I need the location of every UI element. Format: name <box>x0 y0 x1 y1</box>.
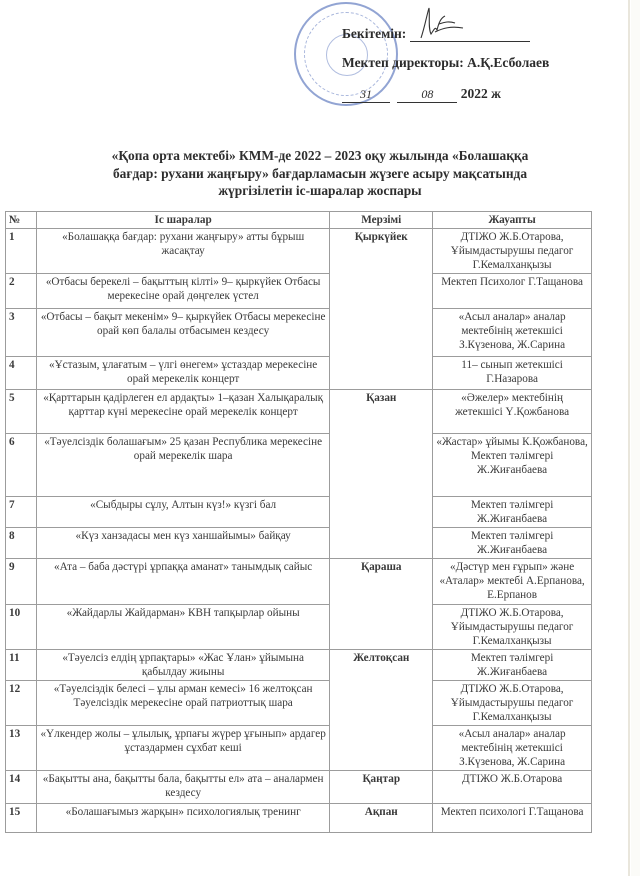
row-number: 6 <box>6 434 37 497</box>
row-activity: «Қарттарын қадірлеген ел ардақты» 1–қаза… <box>36 390 329 434</box>
row-responsible: «Әжелер» мектебінің жетекшісі Ү.Қожбанов… <box>433 390 592 434</box>
row-responsible: ДТІЖО Ж.Б.Отарова, Ұйымдастырушы педагог… <box>433 681 592 726</box>
row-responsible: 11– сынып жетекшісі Г.Назарова <box>433 357 592 390</box>
director-line: Мектеп директоры: А.Қ.Есболаев <box>342 55 549 71</box>
table-row: 13 «Үлкендер жолы – ұлылық, ұрпағы жүрер… <box>6 726 592 771</box>
table-row: 2 «Отбасы берекелі – бақыттың кілті» 9– … <box>6 274 592 309</box>
row-responsible: ДТІЖО Ж.Б.Отарова <box>433 771 592 804</box>
title-line-1: «Қопа орта мектебі» КММ-де 2022 – 2023 о… <box>70 147 570 165</box>
row-number: 12 <box>6 681 37 726</box>
row-activity: «Үлкендер жолы – ұлылық, ұрпағы жүрер ұғ… <box>36 726 329 771</box>
row-number: 4 <box>6 357 37 390</box>
row-number: 3 <box>6 309 37 357</box>
row-activity: «Бақытты ана, бақытты бала, бақытты ел» … <box>36 771 329 804</box>
signature-line <box>410 27 530 42</box>
table-row: 15 «Болашағымыз жарқын» психологиялық тр… <box>6 804 592 833</box>
table-row: 8 «Күз ханзадасы мен күз ханшайымы» байқ… <box>6 528 592 559</box>
row-responsible: «Дәстүр мен ғұрып» және «Аталар» мектебі… <box>433 559 592 605</box>
title-line-2: бағдар: рухани жаңғыру» бағдарламасын жү… <box>70 165 570 183</box>
row-activity: «Отбасы – бақыт мекенім» 9– қыркүйек Отб… <box>36 309 329 357</box>
row-term: Қараша <box>330 559 433 650</box>
page-title: «Қопа орта мектебі» КММ-де 2022 – 2023 о… <box>70 147 570 200</box>
row-number: 15 <box>6 804 37 833</box>
row-responsible: Мектеп тәлімгері Ж.Жиғанбаева <box>433 528 592 559</box>
row-activity: «Ата – баба дәстүрі ұрпаққа аманат» таны… <box>36 559 329 605</box>
row-activity: «Жайдарлы Жайдарман» КВН тапқырлар ойыны <box>36 605 329 650</box>
row-activity: «Күз ханзадасы мен күз ханшайымы» байқау <box>36 528 329 559</box>
table-row: 4 «Ұстазым, ұлағатым – үлгі өнегем» ұста… <box>6 357 592 390</box>
row-number: 2 <box>6 274 37 309</box>
header-number: № <box>6 212 37 229</box>
row-responsible: «Асыл аналар» аналар мектебінің жетекшіс… <box>433 309 592 357</box>
table-row: 12 «Тәуелсіздік белесі – ұлы арман кемес… <box>6 681 592 726</box>
table-row: 6 «Тәуелсіздік болашағым» 25 қазан Респу… <box>6 434 592 497</box>
row-activity: «Тәуелсіздік белесі – ұлы арман кемесі» … <box>36 681 329 726</box>
table-row: 5 «Қарттарын қадірлеген ел ардақты» 1–қа… <box>6 390 592 434</box>
events-plan-table: № Іс шаралар Мерзімі Жауапты 1 «Болашаққ… <box>5 211 592 833</box>
row-responsible: Мектеп тәлімгері Ж.Жиғанбаева <box>433 650 592 681</box>
table-row: 1 «Болашаққа бағдар: рухани жаңғыру» атт… <box>6 229 592 274</box>
table-row: 10 «Жайдарлы Жайдарман» КВН тапқырлар ой… <box>6 605 592 650</box>
table-row: 14 «Бақытты ана, бақытты бала, бақытты е… <box>6 771 592 804</box>
row-responsible: ДТІЖО Ж.Б.Отарова, Ұйымдастырушы педагог… <box>433 229 592 274</box>
row-responsible: Мектеп тәлімгері Ж.Жиғанбаева <box>433 497 592 528</box>
row-number: 5 <box>6 390 37 434</box>
row-responsible: Мектеп психологі Г.Тащанова <box>433 804 592 833</box>
approval-label-row: Бекітемін: <box>342 26 530 42</box>
row-activity: «Тәуелсіздік болашағым» 25 қазан Республ… <box>36 434 329 497</box>
row-activity: «Болашаққа бағдар: рухани жаңғыру» атты … <box>36 229 329 274</box>
table-row: 9 «Ата – баба дәстүрі ұрпаққа аманат» та… <box>6 559 592 605</box>
row-responsible: «Жастар» ұйымы К.Қожбанова, Мектеп тәлім… <box>433 434 592 497</box>
approval-date: 31 08 2022 ж <box>342 86 501 103</box>
row-number: 9 <box>6 559 37 605</box>
row-activity: «Болашағымыз жарқын» психологиялық трени… <box>36 804 329 833</box>
header-responsible: Жауапты <box>433 212 592 229</box>
date-month: 08 <box>397 87 457 103</box>
page-edge <box>628 0 630 876</box>
row-activity: «Ұстазым, ұлағатым – үлгі өнегем» ұстазд… <box>36 357 329 390</box>
header-term: Мерзімі <box>330 212 433 229</box>
title-line-3: жүргізілетін іс-шаралар жоспары <box>70 182 570 200</box>
row-term: Қаңтар <box>330 771 433 804</box>
row-activity: «Тәуелсіз елдің ұрпақтары» «Жас Ұлан» ұй… <box>36 650 329 681</box>
table-row: 3 «Отбасы – бақыт мекенім» 9– қыркүйек О… <box>6 309 592 357</box>
row-responsible: Мектеп Психолог Г.Тащанова <box>433 274 592 309</box>
date-year: 2022 ж <box>461 86 501 101</box>
row-term: Желтоқсан <box>330 650 433 771</box>
table-row: 7 «Сыбдыры сұлу, Алтын күз!» күзгі бал М… <box>6 497 592 528</box>
date-day: 31 <box>342 87 390 103</box>
row-number: 14 <box>6 771 37 804</box>
row-number: 13 <box>6 726 37 771</box>
approved-label: Бекітемін: <box>342 26 406 41</box>
row-number: 8 <box>6 528 37 559</box>
row-term: Ақпан <box>330 804 433 833</box>
table-row: 11 «Тәуелсіз елдің ұрпақтары» «Жас Ұлан»… <box>6 650 592 681</box>
row-responsible: «Асыл аналар» аналар мектебінің жетекшіс… <box>433 726 592 771</box>
row-number: 10 <box>6 605 37 650</box>
header-activities: Іс шаралар <box>36 212 329 229</box>
page-margin <box>631 0 640 876</box>
row-responsible: ДТІЖО Ж.Б.Отарова, Ұйымдастырушы педагог… <box>433 605 592 650</box>
row-number: 1 <box>6 229 37 274</box>
row-term: Қыркүйек <box>330 229 433 390</box>
row-activity: «Сыбдыры сұлу, Алтын күз!» күзгі бал <box>36 497 329 528</box>
table-header-row: № Іс шаралар Мерзімі Жауапты <box>6 212 592 229</box>
row-term: Қазан <box>330 390 433 559</box>
row-activity: «Отбасы берекелі – бақыттың кілті» 9– қы… <box>36 274 329 309</box>
row-number: 11 <box>6 650 37 681</box>
row-number: 7 <box>6 497 37 528</box>
